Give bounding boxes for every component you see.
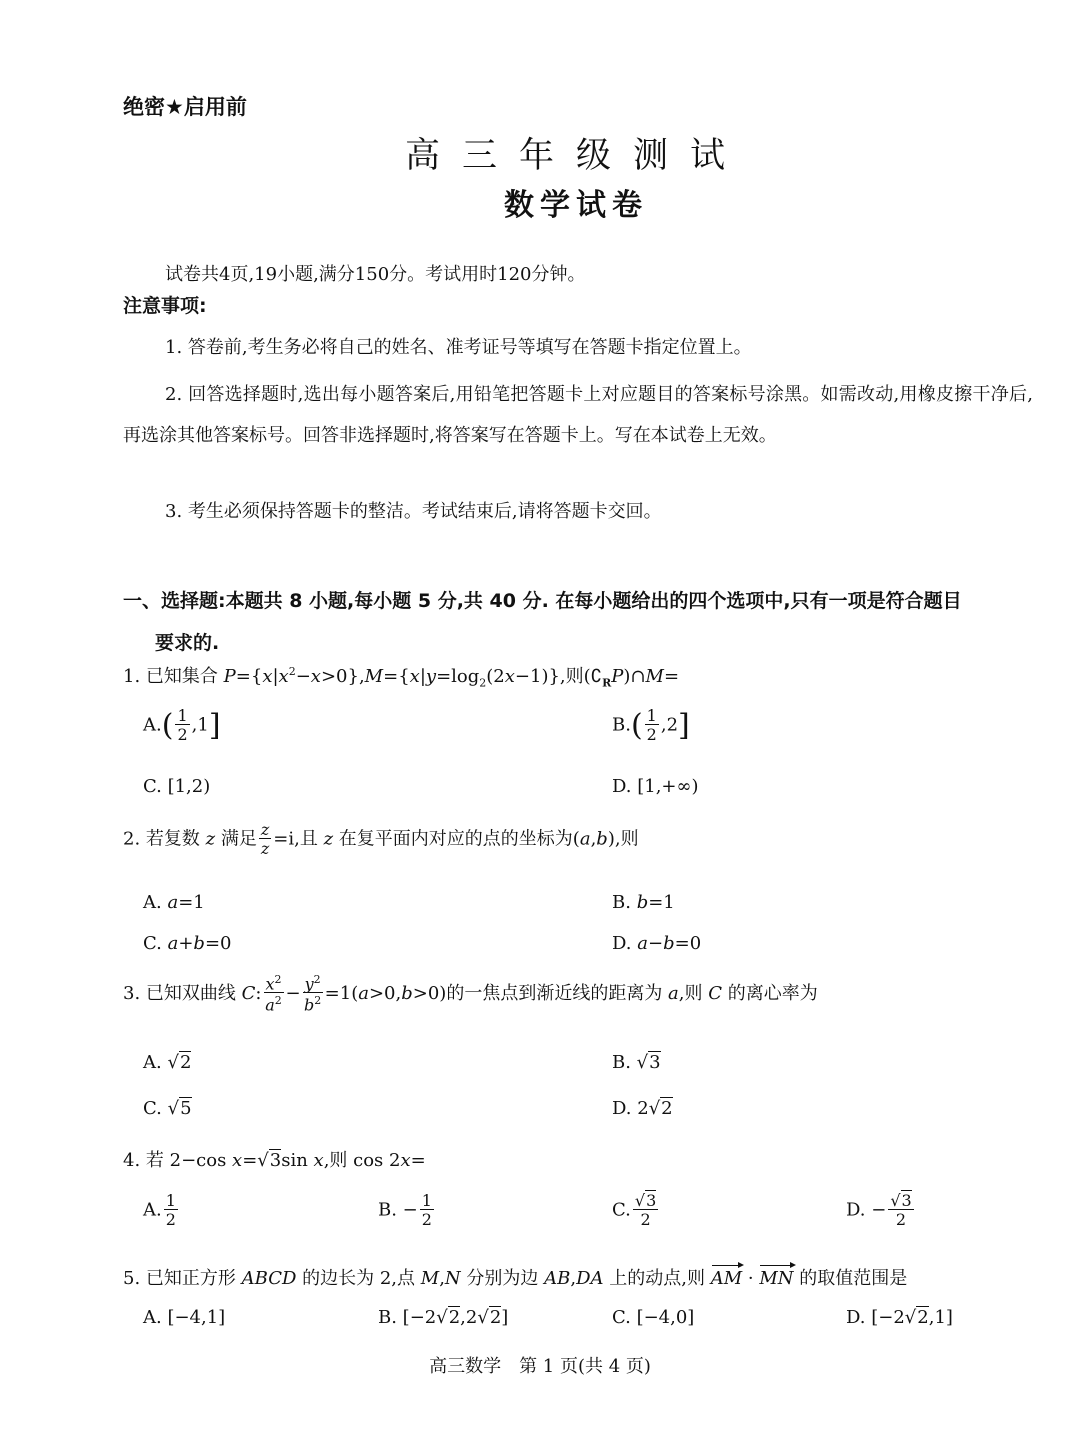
confidential-label: 绝密★启用前 xyxy=(123,91,247,121)
question-1-option-d[interactable]: D. [1,+∞) xyxy=(612,776,699,797)
question-2-option-b[interactable]: B. b=1 xyxy=(612,892,675,913)
question-3-stem: 3. 已知双曲线 C:x2a2−y2b2=1(a>0,b>0)的一焦点到渐近线的… xyxy=(123,974,818,1014)
question-1-option-a[interactable]: A.(12,1] xyxy=(143,708,221,743)
question-5-option-a[interactable]: A. [−4,1] xyxy=(143,1307,225,1328)
notice-item-3: 3. 考生必须保持答题卡的整洁。考试结束后,请将答题卡交回。 xyxy=(165,497,662,523)
question-4-option-d[interactable]: D. −√32 xyxy=(846,1193,916,1228)
section-heading-line2: 要求的. xyxy=(123,622,1033,664)
question-3-option-b[interactable]: B. √3 xyxy=(612,1052,661,1073)
question-2-option-c[interactable]: C. a+b=0 xyxy=(143,933,232,954)
question-5-option-b[interactable]: B. [−2√2,2√2] xyxy=(378,1307,508,1328)
question-5-stem: 5. 已知正方形 ABCD 的边长为 2,点 M,N 分别为边 AB,DA 上的… xyxy=(123,1264,907,1290)
notice-item-2: 2. 回答选择题时,选出每小题答案后,用铅笔把答题卡上对应题目的答案标号涂黑。如… xyxy=(123,374,1033,456)
question-3-option-c[interactable]: C. √5 xyxy=(143,1098,192,1119)
question-3-option-d[interactable]: D. 2√2 xyxy=(612,1098,673,1119)
question-5-option-d[interactable]: D. [−2√2,1] xyxy=(846,1307,953,1328)
exam-subtitle: 数学试卷 xyxy=(0,180,1080,224)
question-2-option-a[interactable]: A. a=1 xyxy=(143,892,205,913)
page-footer: 高三数学 第 1 页(共 4 页) xyxy=(0,1352,1080,1378)
notice-heading: 注意事项: xyxy=(123,291,207,318)
question-4-option-c[interactable]: C.√32 xyxy=(612,1193,660,1228)
exam-title: 高三年级测试 xyxy=(0,128,1080,178)
exam-intro: 试卷共4页,19小题,满分150分。考试用时120分钟。 xyxy=(165,260,586,286)
question-1-option-c[interactable]: C. [1,2) xyxy=(143,776,210,797)
notice-item-1: 1. 答卷前,考生务必将自己的姓名、准考证号等填写在答题卡指定位置上。 xyxy=(165,333,752,359)
section-heading: 一、选择题:本题共 8 小题,每小题 5 分,共 40 分. 在每小题给出的四个… xyxy=(123,580,1033,664)
question-1-stem: 1. 已知集合 P={x|x2−x>0},M={x|y=log2(2x−1)},… xyxy=(123,662,679,690)
question-4-option-b[interactable]: B. −12 xyxy=(378,1193,436,1228)
question-1-option-b[interactable]: B.(12,2] xyxy=(612,708,690,743)
question-5-option-c[interactable]: C. [−4,0] xyxy=(612,1307,694,1328)
section-heading-line1: 一、选择题:本题共 8 小题,每小题 5 分,共 40 分. 在每小题给出的四个… xyxy=(123,590,962,612)
question-4-stem: 4. 若 2−cos x=√3sin x,则 cos 2x= xyxy=(123,1146,426,1172)
question-4-option-a[interactable]: A.12 xyxy=(143,1193,180,1228)
question-2-stem: 2. 若复数 z 满足zz=i,且 z 在复平面内对应的点的坐标为(a,b),则 xyxy=(123,822,639,857)
question-2-option-d[interactable]: D. a−b=0 xyxy=(612,933,701,954)
question-3-option-a[interactable]: A. √2 xyxy=(143,1052,191,1073)
